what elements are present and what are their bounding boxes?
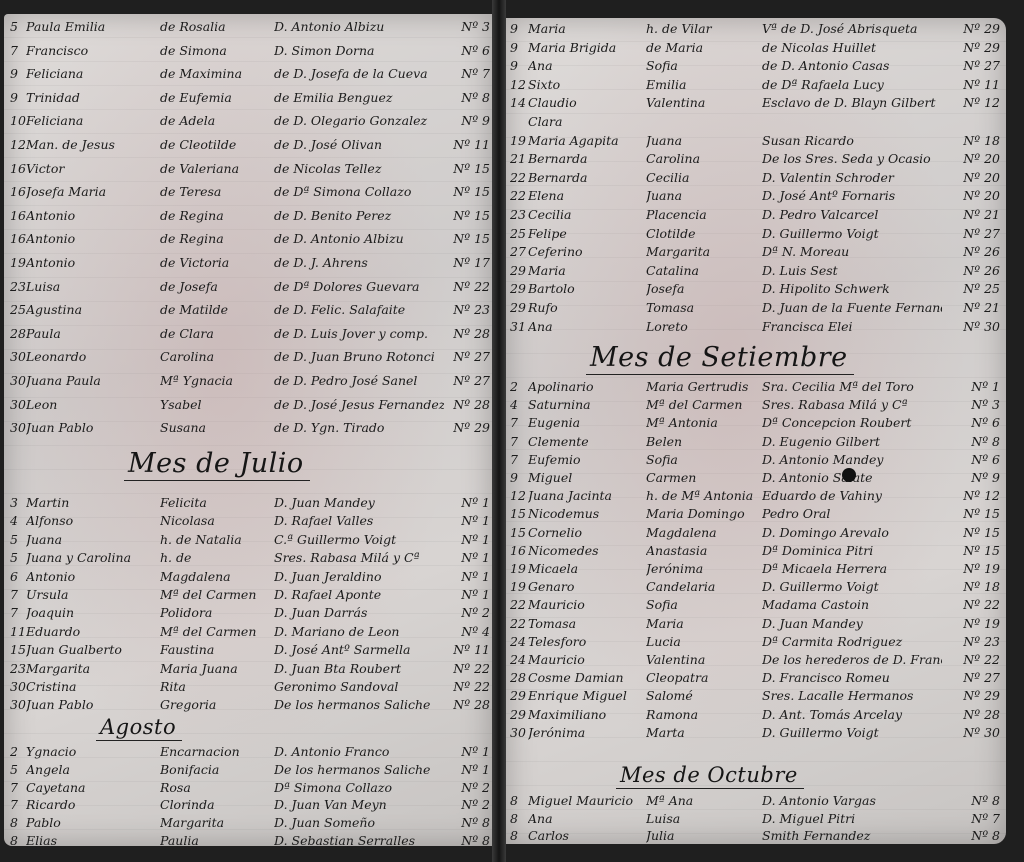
entry-owner: de Dª Dolores Guevara xyxy=(274,276,444,298)
register-entry-row: 16Antoniode Reginade D. Antonio AlbizuNº… xyxy=(4,228,492,250)
entry-owner: De los hermanos Saliche xyxy=(274,694,444,716)
register-entry-row: 16Antoniode Reginade D. Benito PerezNº 1… xyxy=(4,205,492,227)
entry-child-name: Leon xyxy=(26,394,154,416)
entry-number: Nº 7 xyxy=(444,63,490,85)
entry-number: Nº 28 xyxy=(444,394,490,416)
register-entry-row: 19Antoniode Victoriade D. J. AhrensNº 17 xyxy=(4,252,492,274)
entry-owner: D. Guillermo Voigt xyxy=(762,722,942,744)
entry-child-name: Antonio xyxy=(26,205,154,227)
entry-child-name: Jerónima xyxy=(528,722,646,744)
register-entry-row: 9Trinidadde Eufemiade Emilia BenguezNº 8 xyxy=(4,87,492,109)
entry-owner: de D. Ygn. Tirado xyxy=(274,417,444,439)
entry-number: Nº 3 xyxy=(444,16,490,38)
entry-owner: de D. Felic. Salafaite xyxy=(274,299,444,321)
register-entry-row: 25Agustinade Matildede D. Felic. Salafai… xyxy=(4,299,492,321)
entry-mother: Ysabel xyxy=(160,394,272,416)
entry-number: Nº 9 xyxy=(444,110,490,132)
entry-owner: D. Sebastian Serralles xyxy=(274,830,444,852)
entry-owner: de Emilia Benguez xyxy=(274,87,444,109)
entry-number: Nº 30 xyxy=(944,722,1000,744)
entry-owner: de D. José Olivan xyxy=(274,134,444,156)
entry-child-name: Juan Pablo xyxy=(26,417,154,439)
heading-mes-de-setiembre: Mes de Setiembre xyxy=(586,342,854,375)
entry-mother: Susana xyxy=(160,417,272,439)
entry-owner: Smith Fernandez xyxy=(762,825,942,847)
register-entry-row: 12Man. de Jesusde Cleotildede D. José Ol… xyxy=(4,134,492,156)
register-book-spread: 5Paula Emiliade RosaliaD. Antonio Albizu… xyxy=(0,0,1024,862)
entry-number: Nº 15 xyxy=(444,181,490,203)
ink-blot-icon xyxy=(842,468,856,482)
register-entry-row: 30LeonardoCarolinade D. Juan Bruno Roton… xyxy=(4,346,492,368)
entry-day: 31 xyxy=(510,316,528,338)
entry-mother: de Clara xyxy=(160,323,272,345)
entry-number: Nº 17 xyxy=(444,252,490,274)
register-entry-row: 31AnaLoretoFrancisca EleiNº 30 xyxy=(506,316,1006,338)
right-page: 9Mariah. de VilarVª de D. José Abrisquet… xyxy=(506,18,1006,844)
entry-number: Nº 23 xyxy=(444,299,490,321)
entry-child-name: Antonio xyxy=(26,252,154,274)
register-entry-row: 30LeonYsabelde D. José Jesus FernandezNº… xyxy=(4,394,492,416)
entry-child-name: Victor xyxy=(26,158,154,180)
entry-child-name: Paula xyxy=(26,323,154,345)
entry-owner: de D. Juan Bruno Rotonci xyxy=(274,346,444,368)
entry-child-name: Josefa Maria xyxy=(26,181,154,203)
entry-number: Nº 29 xyxy=(444,417,490,439)
left-page: 5Paula Emiliade RosaliaD. Antonio Albizu… xyxy=(4,14,492,846)
register-entry-row: 16Victorde Valerianade Nicolas TellezNº … xyxy=(4,158,492,180)
entry-number: Nº 15 xyxy=(444,158,490,180)
entry-child-name: Juana Paula xyxy=(26,370,154,392)
entry-number: Nº 8 xyxy=(444,830,490,852)
entry-mother: de Josefa xyxy=(160,276,272,298)
entry-mother: de Cleotilde xyxy=(160,134,272,156)
heading-mes-de-octubre: Mes de Octubre xyxy=(616,762,804,789)
entry-child-name: Leonardo xyxy=(26,346,154,368)
entry-day: 8 xyxy=(510,825,528,847)
entry-mother: Loreto xyxy=(646,316,758,338)
entry-mother: de Matilde xyxy=(160,299,272,321)
entry-owner: de D. Pedro José Sanel xyxy=(274,370,444,392)
register-entry-row: 30JerónimaMartaD. Guillermo VoigtNº 30 xyxy=(506,722,1006,744)
entry-owner: de D. Antonio Albizu xyxy=(274,228,444,250)
entry-owner: de D. Benito Perez xyxy=(274,205,444,227)
heading-mes-de-julio: Mes de Julio xyxy=(124,448,310,481)
entry-number: Nº 22 xyxy=(444,276,490,298)
entry-number: Nº 15 xyxy=(444,205,490,227)
entry-owner: D. Antonio Albizu xyxy=(274,16,444,38)
entry-number: Nº 28 xyxy=(444,323,490,345)
entry-number: Nº 15 xyxy=(444,228,490,250)
entry-number: Nº 8 xyxy=(944,825,1000,847)
entry-child-name: Carlos xyxy=(528,825,646,847)
register-entry-row: 8CarlosJuliaSmith FernandezNº 8 xyxy=(506,825,1006,847)
entry-mother: de Teresa xyxy=(160,181,272,203)
entry-child-name: Francisco xyxy=(26,40,154,62)
entry-child-name: Agustina xyxy=(26,299,154,321)
entry-owner: de D. Josefa de la Cueva xyxy=(274,63,444,85)
entry-child-name: Ana xyxy=(528,316,646,338)
entry-number: Nº 11 xyxy=(444,134,490,156)
entry-mother: Julia xyxy=(646,825,758,847)
entry-number: Nº 6 xyxy=(444,40,490,62)
entry-mother: de Maximina xyxy=(160,63,272,85)
entry-mother: de Victoria xyxy=(160,252,272,274)
entry-owner: de Dª Simona Collazo xyxy=(274,181,444,203)
entry-child-name: Luisa xyxy=(26,276,154,298)
entry-owner: de D. Luis Jover y comp. xyxy=(274,323,444,345)
entry-owner: Francisca Elei xyxy=(762,316,942,338)
register-entry-row: 30Juan PabloSusanade D. Ygn. TiradoNº 29 xyxy=(4,417,492,439)
entry-number: Nº 27 xyxy=(444,346,490,368)
entry-child-name: Elias xyxy=(26,830,154,852)
register-entry-row: 7Franciscode SimonaD. Simon DornaNº 6 xyxy=(4,40,492,62)
entry-number: Nº 27 xyxy=(444,370,490,392)
entry-day: 30 xyxy=(510,722,528,744)
entry-mother: de Adela xyxy=(160,110,272,132)
entry-mother: Paulia xyxy=(160,830,272,852)
entry-owner: D. Simon Dorna xyxy=(274,40,444,62)
entry-child-name: Feliciana xyxy=(26,110,154,132)
entry-mother: de Regina xyxy=(160,205,272,227)
entry-owner: de D. José Jesus Fernandez xyxy=(274,394,444,416)
entry-child-name: Feliciana xyxy=(26,63,154,85)
register-entry-row: 5Paula Emiliade RosaliaD. Antonio Albizu… xyxy=(4,16,492,38)
entry-mother: de Eufemia xyxy=(160,87,272,109)
entry-owner: de D. Olegario Gonzalez xyxy=(274,110,444,132)
register-entry-row: 16Josefa Mariade Teresade Dª Simona Coll… xyxy=(4,181,492,203)
entry-child-name: Man. de Jesus xyxy=(26,134,154,156)
register-entry-row: 8EliasPauliaD. Sebastian SerrallesNº 8 xyxy=(4,830,492,852)
entry-number: Nº 8 xyxy=(444,87,490,109)
book-gutter xyxy=(492,0,506,862)
entry-mother: Mª Ygnacia xyxy=(160,370,272,392)
entry-mother: de Regina xyxy=(160,228,272,250)
entry-child-name: Antonio xyxy=(26,228,154,250)
entry-mother: Marta xyxy=(646,722,758,744)
heading-agosto: Agosto xyxy=(96,714,182,741)
entry-owner: de Nicolas Tellez xyxy=(274,158,444,180)
entry-mother: de Rosalia xyxy=(160,16,272,38)
entry-mother: Carolina xyxy=(160,346,272,368)
register-entry-row: 23Luisade Josefade Dª Dolores GuevaraNº … xyxy=(4,276,492,298)
entry-mother: de Simona xyxy=(160,40,272,62)
entry-owner: de D. J. Ahrens xyxy=(274,252,444,274)
register-entry-row: 30Juana PaulaMª Ygnaciade D. Pedro José … xyxy=(4,370,492,392)
entry-mother: de Valeriana xyxy=(160,158,272,180)
entry-number: Nº 28 xyxy=(444,694,490,716)
register-entry-row: 10Felicianade Adelade D. Olegario Gonzal… xyxy=(4,110,492,132)
entry-child-name: Trinidad xyxy=(26,87,154,109)
register-entry-row: 9Felicianade Maximinade D. Josefa de la … xyxy=(4,63,492,85)
register-entry-row: 30Juan PabloGregoriaDe los hermanos Sali… xyxy=(4,694,492,716)
entry-child-name: Paula Emilia xyxy=(26,16,154,38)
register-entry-row: 28Paulade Clarade D. Luis Jover y comp.N… xyxy=(4,323,492,345)
entry-number: Nº 30 xyxy=(944,316,1000,338)
